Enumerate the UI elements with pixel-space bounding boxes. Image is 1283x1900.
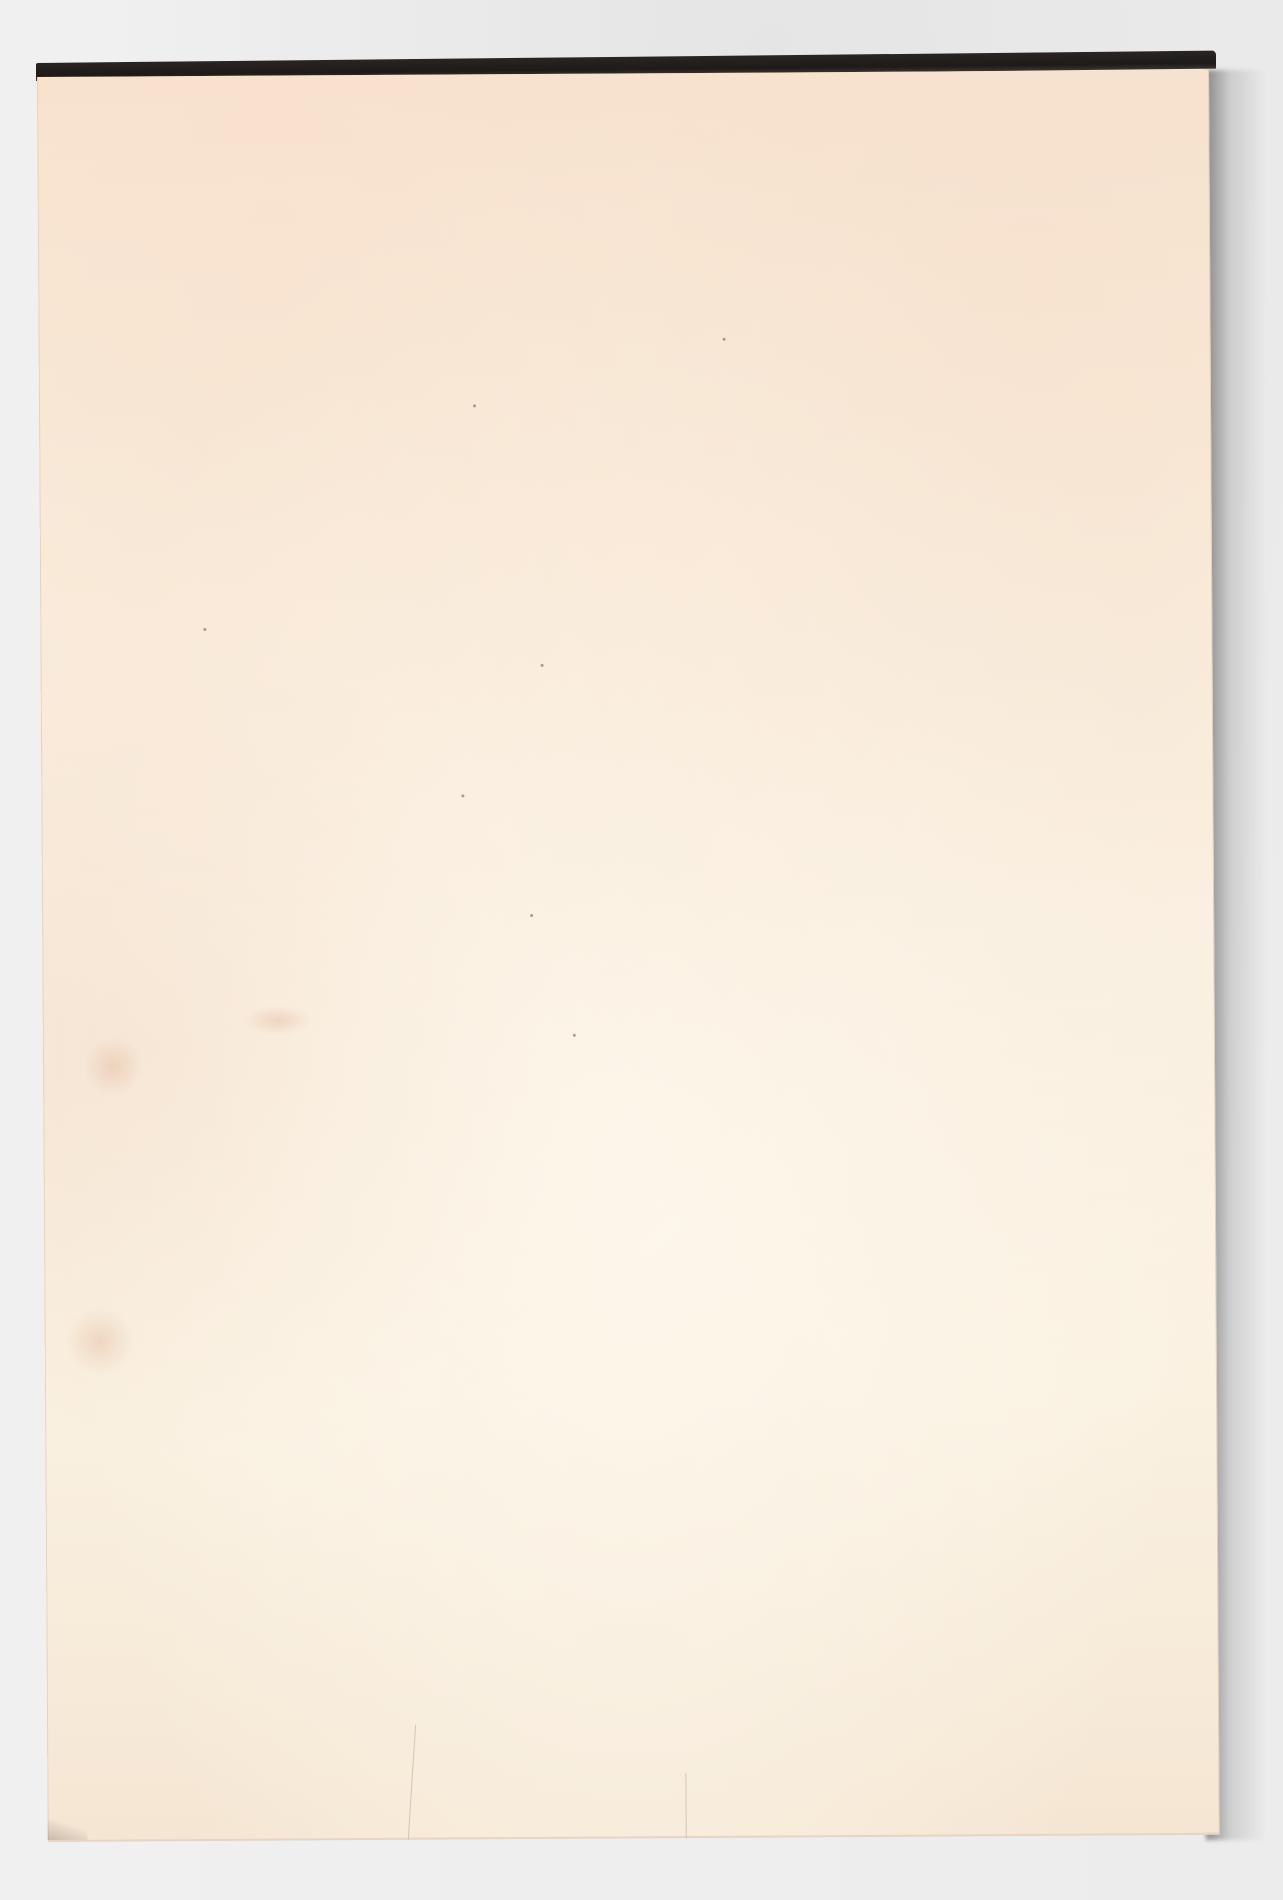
paper-speck [541, 664, 544, 667]
paper-stain [65, 1306, 135, 1376]
paper-speck [723, 338, 726, 341]
paper-speck [530, 914, 533, 917]
paper-crease [408, 1725, 416, 1840]
booklet-back-cover [37, 70, 1220, 1842]
paper-speck [573, 1034, 576, 1037]
paper-crease [685, 1773, 686, 1838]
paper-speck [203, 628, 206, 631]
paper-stain [243, 1005, 313, 1035]
paper-stain [83, 1036, 143, 1096]
paper-speck [473, 404, 476, 407]
corner-wear [48, 1820, 88, 1840]
paper-speck [461, 794, 464, 797]
